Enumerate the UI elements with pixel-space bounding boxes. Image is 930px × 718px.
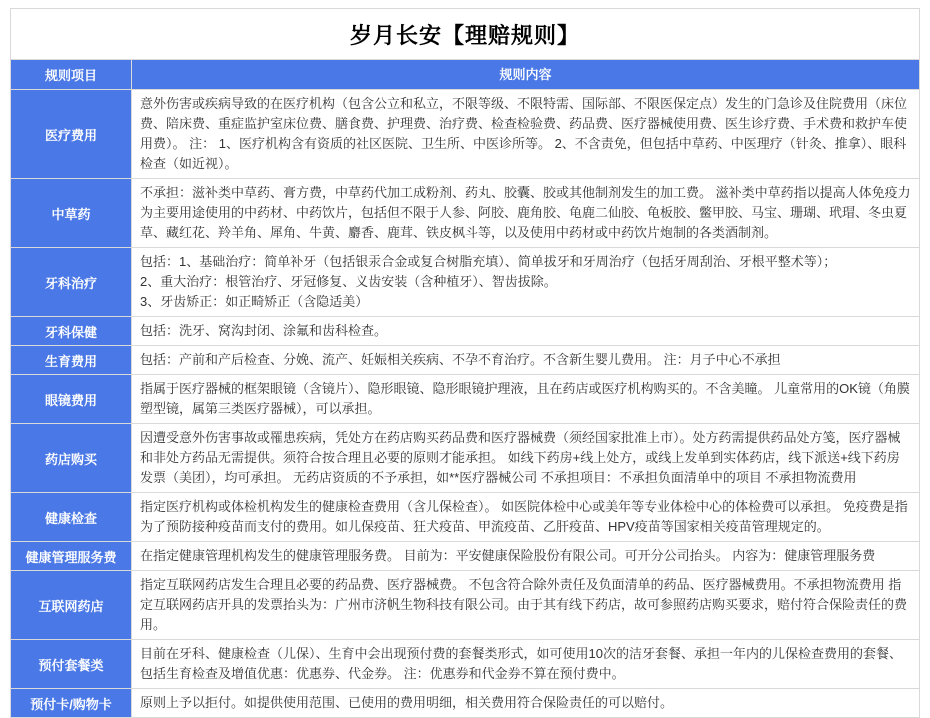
page-title: 岁月长安【理赔规则】 xyxy=(11,9,919,60)
table-row-health-management-fee: 健康管理服务费 在指定健康管理机构发生的健康管理服务费。 目前为：平安健康保险股… xyxy=(11,542,919,571)
rule-item-label: 互联网药店 xyxy=(11,571,132,639)
rule-item-label: 预付卡/购物卡 xyxy=(11,689,132,717)
claim-rules-table: 岁月长安【理赔规则】 规则项目 规则内容 医疗费用 意外伤害或疾病导致的在医疗机… xyxy=(10,8,920,718)
rule-content-text: 意外伤害或疾病导致的在医疗机构（包含公立和私立，不限等级、不限特需、国际部、不限… xyxy=(132,90,919,178)
claim-rules-page: 岁月长安【理赔规则】 规则项目 规则内容 医疗费用 意外伤害或疾病导致的在医疗机… xyxy=(0,8,930,691)
rule-item-label: 药店购买 xyxy=(11,424,132,492)
rule-content-text: 包括：产前和产后检查、分娩、流产、妊娠相关疾病、不孕不育治疗。不含新生婴儿费用。… xyxy=(132,346,919,374)
rule-content-text: 原则上予以拒付。如提供使用范围、已使用的费用明细，相关费用符合保险责任的可以赔付… xyxy=(132,689,919,717)
column-header-rule-item: 规则项目 xyxy=(11,60,132,89)
table-row-health-checkup: 健康检查 指定医疗机构或体检机构发生的健康检查费用（含儿保检查）。 如医院体检中… xyxy=(11,493,919,542)
table-row-medical-expenses: 医疗费用 意外伤害或疾病导致的在医疗机构（包含公立和私立，不限等级、不限特需、国… xyxy=(11,90,919,179)
rule-content-text: 包括：洗牙、窝沟封闭、涂氟和齿科检查。 xyxy=(132,317,919,345)
table-row-glasses-expenses: 眼镜费用 指属于医疗器械的框架眼镜（含镜片）、隐形眼镜、隐形眼镜护理液，且在药店… xyxy=(11,375,919,424)
rule-item-label: 预付套餐类 xyxy=(11,640,132,688)
rule-content-text: 包括：1、基础治疗：简单补牙（包括银汞合金或复合树脂充填）、简单拔牙和牙周治疗（… xyxy=(132,248,919,316)
rule-item-label: 中草药 xyxy=(11,179,132,247)
rule-item-label: 生育费用 xyxy=(11,346,132,374)
table-row-dental-treatment: 牙科治疗 包括：1、基础治疗：简单补牙（包括银汞合金或复合树脂充填）、简单拔牙和… xyxy=(11,248,919,317)
table-row-pharmacy-purchase: 药店购买 因遭受意外伤害事故或罹患疾病，凭处方在药店购买药品费和医疗器械费（须经… xyxy=(11,424,919,493)
table-row-prepaid-card: 预付卡/购物卡 原则上予以拒付。如提供使用范围、已使用的费用明细，相关费用符合保… xyxy=(11,689,919,717)
rule-content-text: 不承担：滋补类中草药、膏方费，中草药代加工成粉剂、药丸、胶囊、胶或其他制剂发生的… xyxy=(132,179,919,247)
rule-content-text: 指定互联网药店发生合理且必要的药品费、医疗器械费。 不包含符合除外责任及负面清单… xyxy=(132,571,919,639)
rule-content-text: 指属于医疗器械的框架眼镜（含镜片）、隐形眼镜、隐形眼镜护理液，且在药店或医疗机构… xyxy=(132,375,919,423)
table-row-prepaid-package: 预付套餐类 目前在牙科、健康检查（儿保）、生育中会出现预付费的套餐类形式，如可使… xyxy=(11,640,919,689)
table-row-internet-pharmacy: 互联网药店 指定互联网药店发生合理且必要的药品费、医疗器械费。 不包含符合除外责… xyxy=(11,571,919,640)
rule-item-label: 牙科治疗 xyxy=(11,248,132,316)
rule-content-text: 指定医疗机构或体检机构发生的健康检查费用（含儿保检查）。 如医院体检中心或美年等… xyxy=(132,493,919,541)
rule-item-label: 眼镜费用 xyxy=(11,375,132,423)
table-header-row: 规则项目 规则内容 xyxy=(11,60,919,90)
rule-content-text: 因遭受意外伤害事故或罹患疾病，凭处方在药店购买药品费和医疗器械费（须经国家批准上… xyxy=(132,424,919,492)
table-row-dental-care: 牙科保健 包括：洗牙、窝沟封闭、涂氟和齿科检查。 xyxy=(11,317,919,346)
rule-item-label: 医疗费用 xyxy=(11,90,132,178)
table-row-maternity-expenses: 生育费用 包括：产前和产后检查、分娩、流产、妊娠相关疾病、不孕不育治疗。不含新生… xyxy=(11,346,919,375)
rule-content-text: 在指定健康管理机构发生的健康管理服务费。 目前为：平安健康保险股份有限公司。可开… xyxy=(132,542,919,570)
column-header-rule-content: 规则内容 xyxy=(132,60,919,89)
rule-item-label: 健康检查 xyxy=(11,493,132,541)
rule-content-text: 目前在牙科、健康检查（儿保）、生育中会出现预付费的套餐类形式，如可使用10次的洁… xyxy=(132,640,919,688)
table-row-chinese-herbal: 中草药 不承担：滋补类中草药、膏方费，中草药代加工成粉剂、药丸、胶囊、胶或其他制… xyxy=(11,179,919,248)
rule-item-label: 牙科保健 xyxy=(11,317,132,345)
rule-item-label: 健康管理服务费 xyxy=(11,542,132,570)
